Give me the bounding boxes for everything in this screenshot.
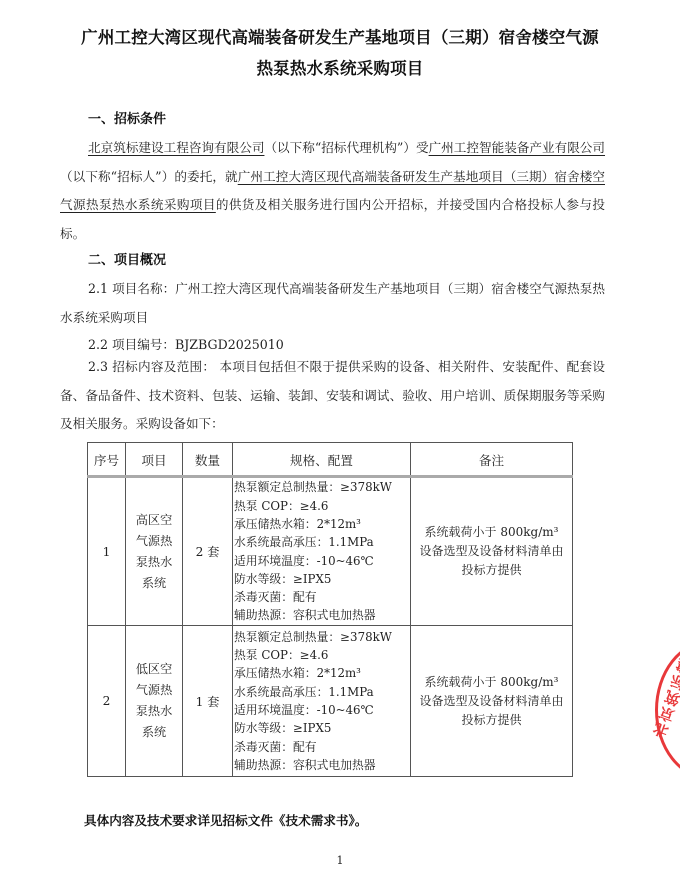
row-note: 系统载荷小于 800kg/m³ 设备选型及设备材料清单由 投标方提供 xyxy=(411,626,573,777)
item-2-2-project-number: 2.2 项目编号：BJZBGD2025010 xyxy=(88,334,284,353)
document-title-line-1: 广州工控大湾区现代高端装备研发生产基地项目（三期）宿舍楼空气源 xyxy=(0,24,680,48)
header-specs: 规格、配置 xyxy=(233,443,411,477)
row-specs: 热泵额定总制热量：≥378kW 热泵 COP：≥4.6 承压储热水箱：2*12m… xyxy=(233,477,411,626)
row-no: 1 xyxy=(88,477,126,626)
table-row: 2 低区空气源热泵热水系统 1 套 热泵额定总制热量：≥378kW 热泵 COP… xyxy=(88,626,573,777)
section-heading-project-overview: 二、项目概况 xyxy=(88,249,166,268)
row-qty: 2 套 xyxy=(183,477,233,626)
row-item: 低区空气源热泵热水系统 xyxy=(126,626,183,777)
document-title-line-2: 热泵热水系统采购项目 xyxy=(0,55,680,79)
technical-requirements-note: 具体内容及技术要求详见招标文件《技术需求书》。 xyxy=(84,810,367,829)
header-qty: 数量 xyxy=(183,443,233,477)
item-2-1-project-name: 2.1 项目名称：广州工控大湾区现代高端装备研发生产基地项目（三期）宿舍楼空气源… xyxy=(60,275,605,332)
row-note: 系统载荷小于 800kg/m³ 设备选型及设备材料清单由 投标方提供 xyxy=(411,477,573,626)
tenderer-name: 广州工控智能装备产业有限公司 xyxy=(429,140,605,155)
agent-name: 北京筑标建设工程咨询有限公司 xyxy=(88,140,264,155)
item-2-3-scope: 2.3 招标内容及范围： 本项目包括但不限于提供采购的设备、相关附件、安装配件、… xyxy=(60,353,605,439)
row-no: 2 xyxy=(88,626,126,777)
row-item: 高区空气源热泵热水系统 xyxy=(126,477,183,626)
equipment-table: 序号 项目 数量 规格、配置 备注 1 高区空气源热泵热水系统 2 套 热泵额定… xyxy=(87,442,573,777)
header-note: 备注 xyxy=(411,443,573,477)
header-no: 序号 xyxy=(88,443,126,477)
header-item: 项目 xyxy=(126,443,183,477)
row-specs: 热泵额定总制热量：≥378kW 热泵 COP：≥4.6 承压储热水箱：2*12m… xyxy=(233,626,411,777)
row-qty: 1 套 xyxy=(183,626,233,777)
tender-conditions-paragraph: 北京筑标建设工程咨询有限公司（以下称“招标代理机构”）受广州工控智能装备产业有限… xyxy=(60,134,605,248)
page-number: 1 xyxy=(0,854,680,867)
table-header-row: 序号 项目 数量 规格、配置 备注 xyxy=(88,443,573,477)
section-heading-tender-conditions: 一、招标条件 xyxy=(88,108,166,127)
table-row: 1 高区空气源热泵热水系统 2 套 热泵额定总制热量：≥378kW 热泵 COP… xyxy=(88,477,573,626)
